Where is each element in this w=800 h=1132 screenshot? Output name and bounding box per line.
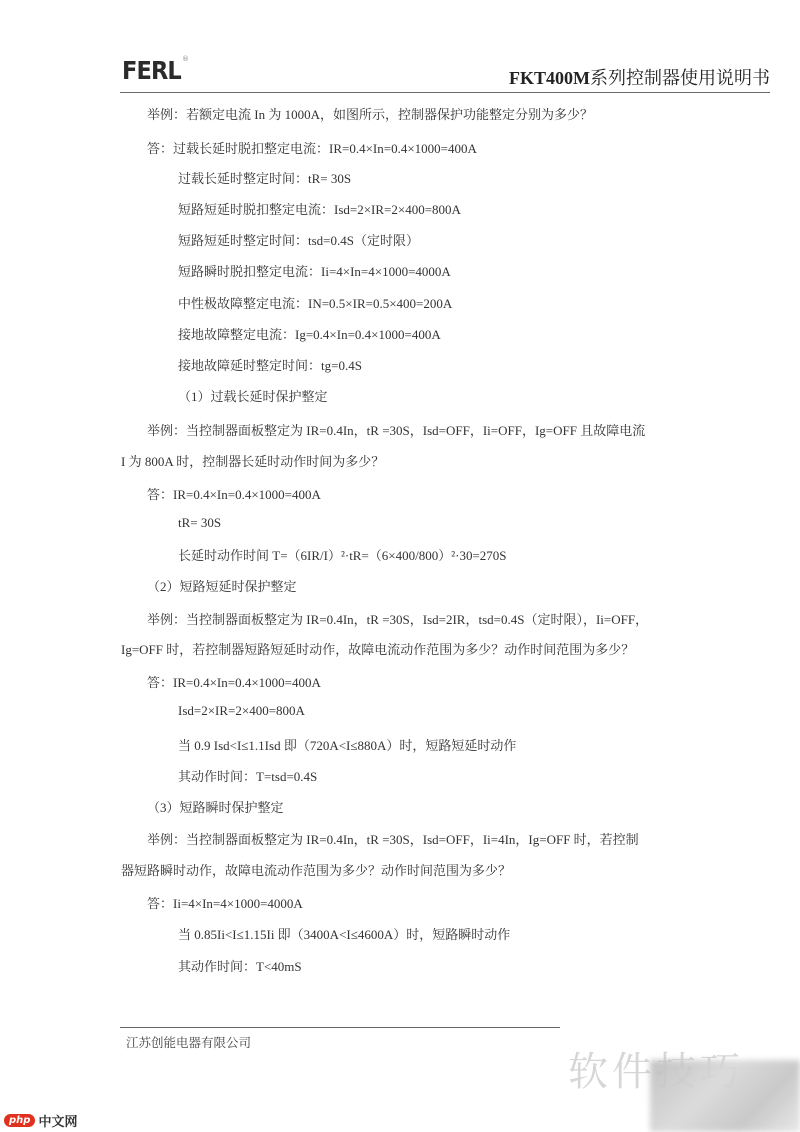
- registered-mark: ®: [182, 55, 189, 63]
- answer-line: 短路短延时整定时间：tsd=0.4S（定时限）: [178, 230, 419, 249]
- example-question: I 为 800A 时，控制器长延时动作时间为多少？: [121, 451, 384, 470]
- answer-line: tR= 30S: [178, 515, 221, 531]
- title-rest: 系列控制器使用说明书: [590, 68, 770, 88]
- section-heading: （2）短路短延时保护整定: [147, 576, 297, 595]
- answer-line: 过载长延时整定时间：tR= 30S: [178, 168, 351, 187]
- example-question: 举例：当控制器面板整定为 IR=0.4In，tR =30S，Isd=OFF，Ii…: [147, 829, 639, 848]
- answer-line: 当 0.85Ii<I≤1.15Ii 即（3400A<I≤4600A）时，短路瞬时…: [178, 924, 510, 943]
- answer-line: 答：过载长延时脱扣整定电流：IR=0.4×In=0.4×1000=400A: [147, 138, 477, 157]
- example-question: Ig=OFF 时，若控制器短路短延时动作，故障电流动作范围为多少？动作时间范围为…: [121, 639, 634, 658]
- php-logo-icon: php: [4, 1114, 35, 1127]
- answer-line: 当 0.9 Isd<I≤1.1Isd 即（720A<I≤880A）时，短路短延时…: [178, 735, 516, 754]
- feral-logo: FERL: [122, 56, 181, 85]
- example-question: 举例：当控制器面板整定为 IR=0.4In，tR =30S，Isd=OFF，Ii…: [147, 420, 645, 439]
- section-heading: （1）过载长延时保护整定: [178, 386, 328, 405]
- answer-line: 接地故障延时整定时间：tg=0.4S: [178, 355, 362, 374]
- company-name: 江苏创能电器有限公司: [126, 1033, 251, 1051]
- answer-line: 其动作时间：T<40mS: [178, 956, 302, 975]
- answer-line: Isd=2×IR=2×400=800A: [178, 703, 305, 719]
- answer-line: 其动作时间：T=tsd=0.4S: [178, 766, 317, 785]
- answer-line: 短路短延时脱扣整定电流：Isd=2×IR=2×400=800A: [178, 199, 461, 218]
- answer-line: 答：IR=0.4×In=0.4×1000=400A: [147, 484, 321, 503]
- answer-line: 答：Ii=4×In=4×1000=4000A: [147, 893, 303, 912]
- php-cn-watermark: php 中文网: [4, 1111, 77, 1130]
- document-title: FKT400M系列控制器使用说明书: [509, 64, 770, 90]
- answer-line: 接地故障整定电流：Ig=0.4×In=0.4×1000=400A: [178, 324, 441, 343]
- section-heading: （3）短路瞬时保护整定: [147, 797, 284, 816]
- answer-line: 长延时动作时间 T=（6IR/I）²·tR=（6×400/800）²·30=27…: [178, 545, 507, 564]
- answer-line: 中性极故障整定电流：IN=0.5×IR=0.5×400=200A: [178, 293, 452, 312]
- answer-line: 答：IR=0.4×In=0.4×1000=400A: [147, 672, 321, 691]
- answer-line: 短路瞬时脱扣整定电流：Ii=4×In=4×1000=4000A: [178, 261, 451, 280]
- header-rule: [120, 92, 770, 93]
- php-cn-text: 中文网: [38, 1111, 77, 1130]
- footer-rule: [120, 1027, 560, 1028]
- example-question: 举例：若额定电流 In 为 1000A，如图所示，控制器保护功能整定分别为多少？: [147, 104, 593, 123]
- blurred-overlay: [650, 1060, 800, 1132]
- example-question: 举例：当控制器面板整定为 IR=0.4In，tR =30S，Isd=2IR，ts…: [147, 609, 648, 628]
- example-question: 器短路瞬时动作，故障电流动作范围为多少？动作时间范围为多少？: [121, 860, 511, 879]
- title-model: FKT400M: [509, 68, 590, 88]
